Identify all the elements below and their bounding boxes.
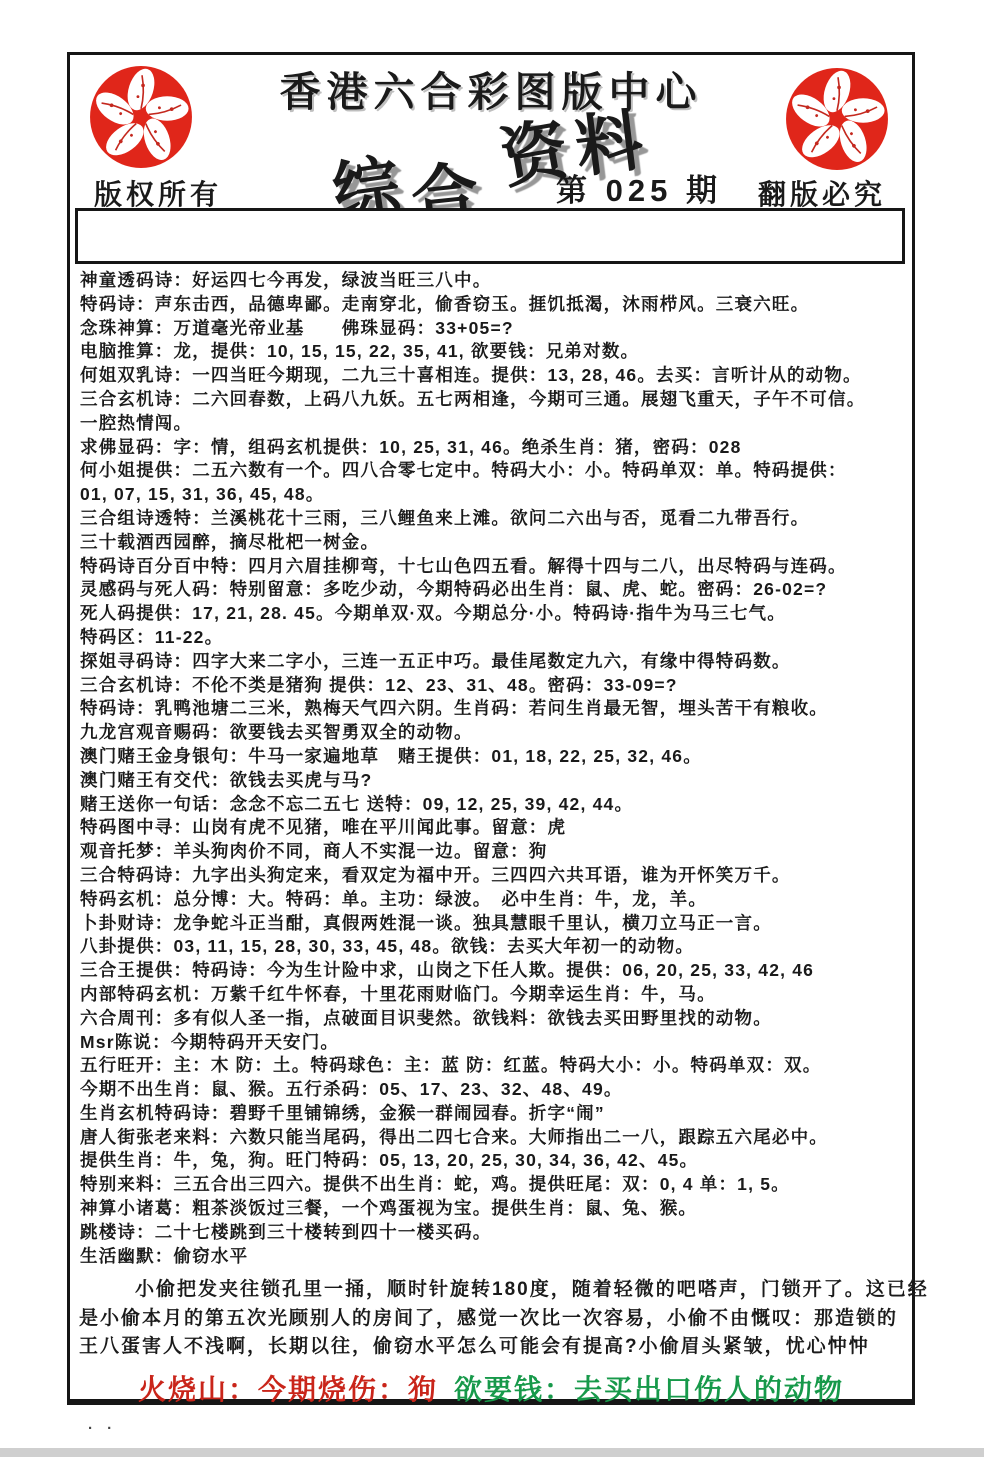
info-line: 01, 07, 15, 31, 36, 45, 48。 — [80, 483, 908, 507]
info-line: 三合玄机诗：不伦不类是猪狗 提供：12、23、31、48。密码：33-09=? — [80, 674, 908, 698]
info-line: Msr陈说：今期特码开天安门。 — [80, 1031, 908, 1055]
info-line: 特码区：11-22。 — [80, 626, 908, 650]
info-line: 特码玄机：总分博：大。特码：单。主功：绿波。 必中生肖：牛，龙，羊。 — [80, 888, 908, 912]
info-line: 特码诗：乳鸭池塘二三米，熟梅天气四六阴。生肖码：若问生肖最无智，埋头苦干有粮收。 — [80, 697, 908, 721]
hk-bauhinia-logo-right — [784, 66, 890, 172]
blank-box — [75, 208, 905, 264]
info-line: 赌王送你一句话：念念不忘二五七 送特：09, 12, 25, 39, 42, 4… — [80, 793, 908, 817]
info-line: 澳门赌王有交代：欲钱去买虎与马? — [80, 769, 908, 793]
info-line: 唐人街张老来料：六数只能当尾码，得出二四七合来。大师指出二一八，跟踪五六尾必中。 — [80, 1126, 908, 1150]
info-line: 探姐寻码诗：四字大来二字小，三连一五正中巧。最佳尾数定九六，有缘中得特码数。 — [80, 650, 908, 674]
info-line: 三十载酒西园醉，摘尽枇杷一树金。 — [80, 531, 908, 555]
tip-lines-list: 神童透码诗：好运四七今再发，绿波当旺三八中。特码诗：声东击西，品德卑鄙。走南穿北… — [80, 269, 908, 1268]
footer-green-text: 欲要钱：去买出口伤人的动物 — [454, 1374, 844, 1405]
info-line: 求佛显码：字：情，组码玄机提供：10, 25, 31, 46。绝杀生肖：猪，密码… — [80, 436, 908, 460]
info-line: 八卦提供：03, 11, 15, 28, 30, 33, 45, 48。欲钱：去… — [80, 935, 908, 959]
info-line: 内部特码玄机：万紫千红牛怀春，十里花雨财临门。今期幸运生肖：牛，马。 — [80, 983, 908, 1007]
info-line: 五行旺开：主：木 防：土。特码球色：主：蓝 防：红蓝。特码大小：小。特码单双：双… — [80, 1054, 908, 1078]
info-line: 生肖玄机特码诗：碧野千里铺锦绣，金猴一群闹园春。折字“闹” — [80, 1102, 908, 1126]
info-line: 观音托梦：羊头狗肉价不同，商人不实混一边。留意：狗 — [80, 840, 908, 864]
info-line: 何小姐提供：二五六数有一个。四八合零七定中。特码大小：小。特码单双：单。特码提供… — [80, 459, 908, 483]
info-line: 提供生肖：牛，兔，狗。旺门特码：05, 13, 20, 25, 30, 34, … — [80, 1149, 908, 1173]
info-line: 特别来料：三五合出三四六。提供不出生肖：蛇，鸡。提供旺尾：双：0, 4 单：1,… — [80, 1173, 908, 1197]
info-line: 神童透码诗：好运四七今再发，绿波当旺三八中。 — [80, 269, 908, 293]
anti-piracy-notice: 翻版必究 — [758, 173, 886, 213]
footer-tip-line: 火烧山：今期烧伤：狗欲要钱：去买出口伤人的动物 — [70, 1368, 912, 1408]
info-line: 三合特码诗：九字出头狗定来，看双定为福中开。三四四六共耳语，谁为开怀笑万千。 — [80, 864, 908, 888]
info-line: 生活幽默：偷窃水平 — [80, 1245, 908, 1269]
issue-number: 第 025 期 — [556, 165, 722, 210]
info-line: 一腔热情闯。 — [80, 412, 908, 436]
page: 香港六合彩图版中心 综合资料 第 025 期 版权所有 翻版必究 神童透码诗：好… — [0, 0, 984, 1457]
info-line: 跳楼诗：二十七楼跳到三十楼转到四十一楼买码。 — [80, 1221, 908, 1245]
info-line: 电脑推算：龙，提供：10, 15, 15, 22, 35, 41, 欲要钱：兄弟… — [80, 340, 908, 364]
hk-bauhinia-logo-left — [88, 64, 194, 170]
copyright-notice: 版权所有 — [94, 173, 222, 213]
info-line: 念珠神算：万道毫光帝业基 佛珠显码：33+05=? — [80, 317, 908, 341]
info-line: 卜卦财诗：龙争蛇斗正当酣，真假两姓混一谈。独具慧眼千里认，横刀立马正一言。 — [80, 912, 908, 936]
humor-paragraph: 小偷把发夹往锁孔里一捅，顺时针旋转180度，随着轻微的吧嗒声，门锁开了。这已经是… — [79, 1276, 909, 1362]
info-line: 三合组诗透特：兰溪桃花十三雨，三八鲤鱼来上滩。欲问二六出与否，觅看二九带吾行。 — [80, 507, 908, 531]
info-line: 六合周刊：多有似人圣一指，点破面目识斐然。欲钱料：欲钱去买田野里找的动物。 — [80, 1007, 908, 1031]
humor-line: 是小偷本月的第五次光顾别人的房间了，感觉一次比一次容易，小偷不由慨叹：那造锁的 — [79, 1305, 909, 1334]
humor-line: 小偷把发夹往锁孔里一捅，顺时针旋转180度，随着轻微的吧嗒声，门锁开了。这已经 — [79, 1276, 909, 1305]
info-line: 特码诗：声东击西，品德卑鄙。走南穿北，偷香窃玉。捱饥抵渴，沐雨栉风。三衰六旺。 — [80, 293, 908, 317]
info-line: 三合玄机诗：二六回春数，上码八九妖。五七两相逢，今期可三通。展翅飞重天，子午不可… — [80, 388, 908, 412]
info-line: 今期不出生肖：鼠、猴。五行杀码：05、17、23、32、48、49。 — [80, 1078, 908, 1102]
humor-line: 王八蛋害人不浅啊，长期以往，偷窃水平怎么可能会有提高?小偷眉头紧皱，忧心忡忡 — [79, 1333, 909, 1362]
scan-artifact-dots: · · — [88, 1420, 117, 1437]
content-frame: 香港六合彩图版中心 综合资料 第 025 期 版权所有 翻版必究 神童透码诗：好… — [67, 52, 915, 1405]
scan-edge-strip — [0, 1448, 984, 1457]
info-line: 死人码提供：17, 21, 28. 45。今期单双·双。今期总分·小。特码诗·指… — [80, 602, 908, 626]
info-line: 何姐双乳诗：一四当旺今期现，二九三十喜相连。提供：13, 28, 46。去买：言… — [80, 364, 908, 388]
info-line: 澳门赌王金身银句：牛马一家遍地草 赌王提供：01, 18, 22, 25, 32… — [80, 745, 908, 769]
header: 香港六合彩图版中心 综合资料 第 025 期 版权所有 翻版必究 — [70, 55, 912, 210]
footer-red-text: 火烧山：今期烧伤：狗 — [138, 1374, 438, 1405]
info-line: 特码诗百分百中特：四月六眉挂柳弯，十七山色四五看。解得十四与二八，出尽特码与连码… — [80, 555, 908, 579]
info-line: 神算小诸葛：粗茶淡饭过三餐，一个鸡蛋视为宝。提供生肖：鼠、兔、猴。 — [80, 1197, 908, 1221]
info-line: 三合王提供：特码诗：今为生计险中求，山岗之下任人欺。提供：06, 20, 25,… — [80, 959, 908, 983]
info-line: 九龙宫观音赐码：欲要钱去买智勇双全的动物。 — [80, 721, 908, 745]
info-line: 灵感码与死人码：特别留意：多吃少动，今期特码必出生肖：鼠、虎、蛇。密码：26-0… — [80, 578, 908, 602]
info-line: 特码图中寻：山岗有虎不见猪，唯在平川闻此事。留意：虎 — [80, 816, 908, 840]
